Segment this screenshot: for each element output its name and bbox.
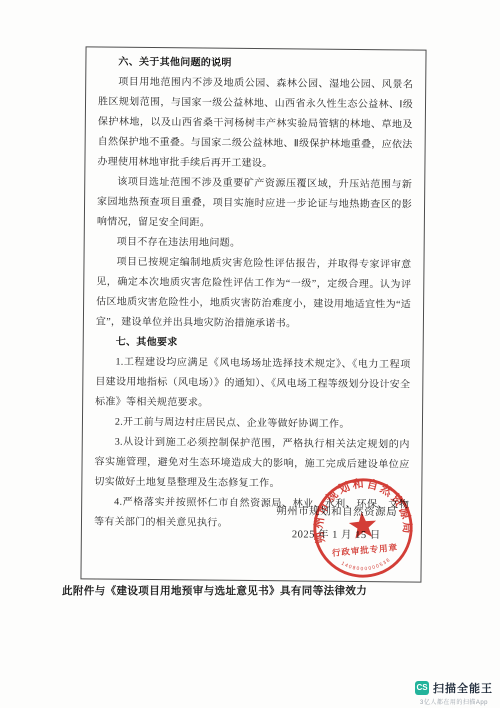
camscanner-tagline: 3亿人都在用的扫描App [415, 697, 493, 706]
paragraph: 项目已按规定编制地质灾害危险性评估报告，并取得专家评审意见，确定本次地质灾害危险… [96, 252, 412, 335]
camscanner-logo-icon: CS [415, 681, 429, 695]
signature-block: 朔州市规划和自然资源局 2025 年 1 月 15 日 [276, 500, 397, 547]
paragraph: 项目用地范围内不涉及地质公园、森林公园、湿地公园、风景名胜区规划范围，与国家一级… [97, 72, 413, 175]
paragraph: 该项目选址范围不涉及重要矿产资源压覆区域，升压站范围与新家园地热预查项目重叠，项… [97, 172, 413, 235]
document-frame: 六、关于其他问题的说明 项目用地范围内不涉及地质公园、森林公园、湿地公园、风景名… [80, 46, 426, 582]
signature-agency: 朔州市规划和自然资源局 [276, 500, 397, 524]
scanned-document-page: 六、关于其他问题的说明 项目用地范围内不涉及地质公园、森林公园、湿地公园、风景名… [0, 0, 500, 708]
numbered-item: 3.从设计到施工必须控制保护范围，严格执行相关法定规划的内容实施管理，避免对生态… [94, 432, 410, 495]
footer-note: 此附件与《建设项目用地预审与选址意见书》具有同等法律效力 [62, 583, 367, 598]
camscanner-watermark: CS 扫描全能王 3亿人都在用的扫描App [415, 680, 493, 706]
signature-date: 2025 年 1 月 15 日 [276, 523, 397, 547]
camscanner-app-name: 扫描全能王 [433, 680, 493, 696]
numbered-item: 1.工程建设均应满足《风电场场址选择技术规定》、《电力工程项目建设用地指标（风电… [95, 352, 411, 415]
